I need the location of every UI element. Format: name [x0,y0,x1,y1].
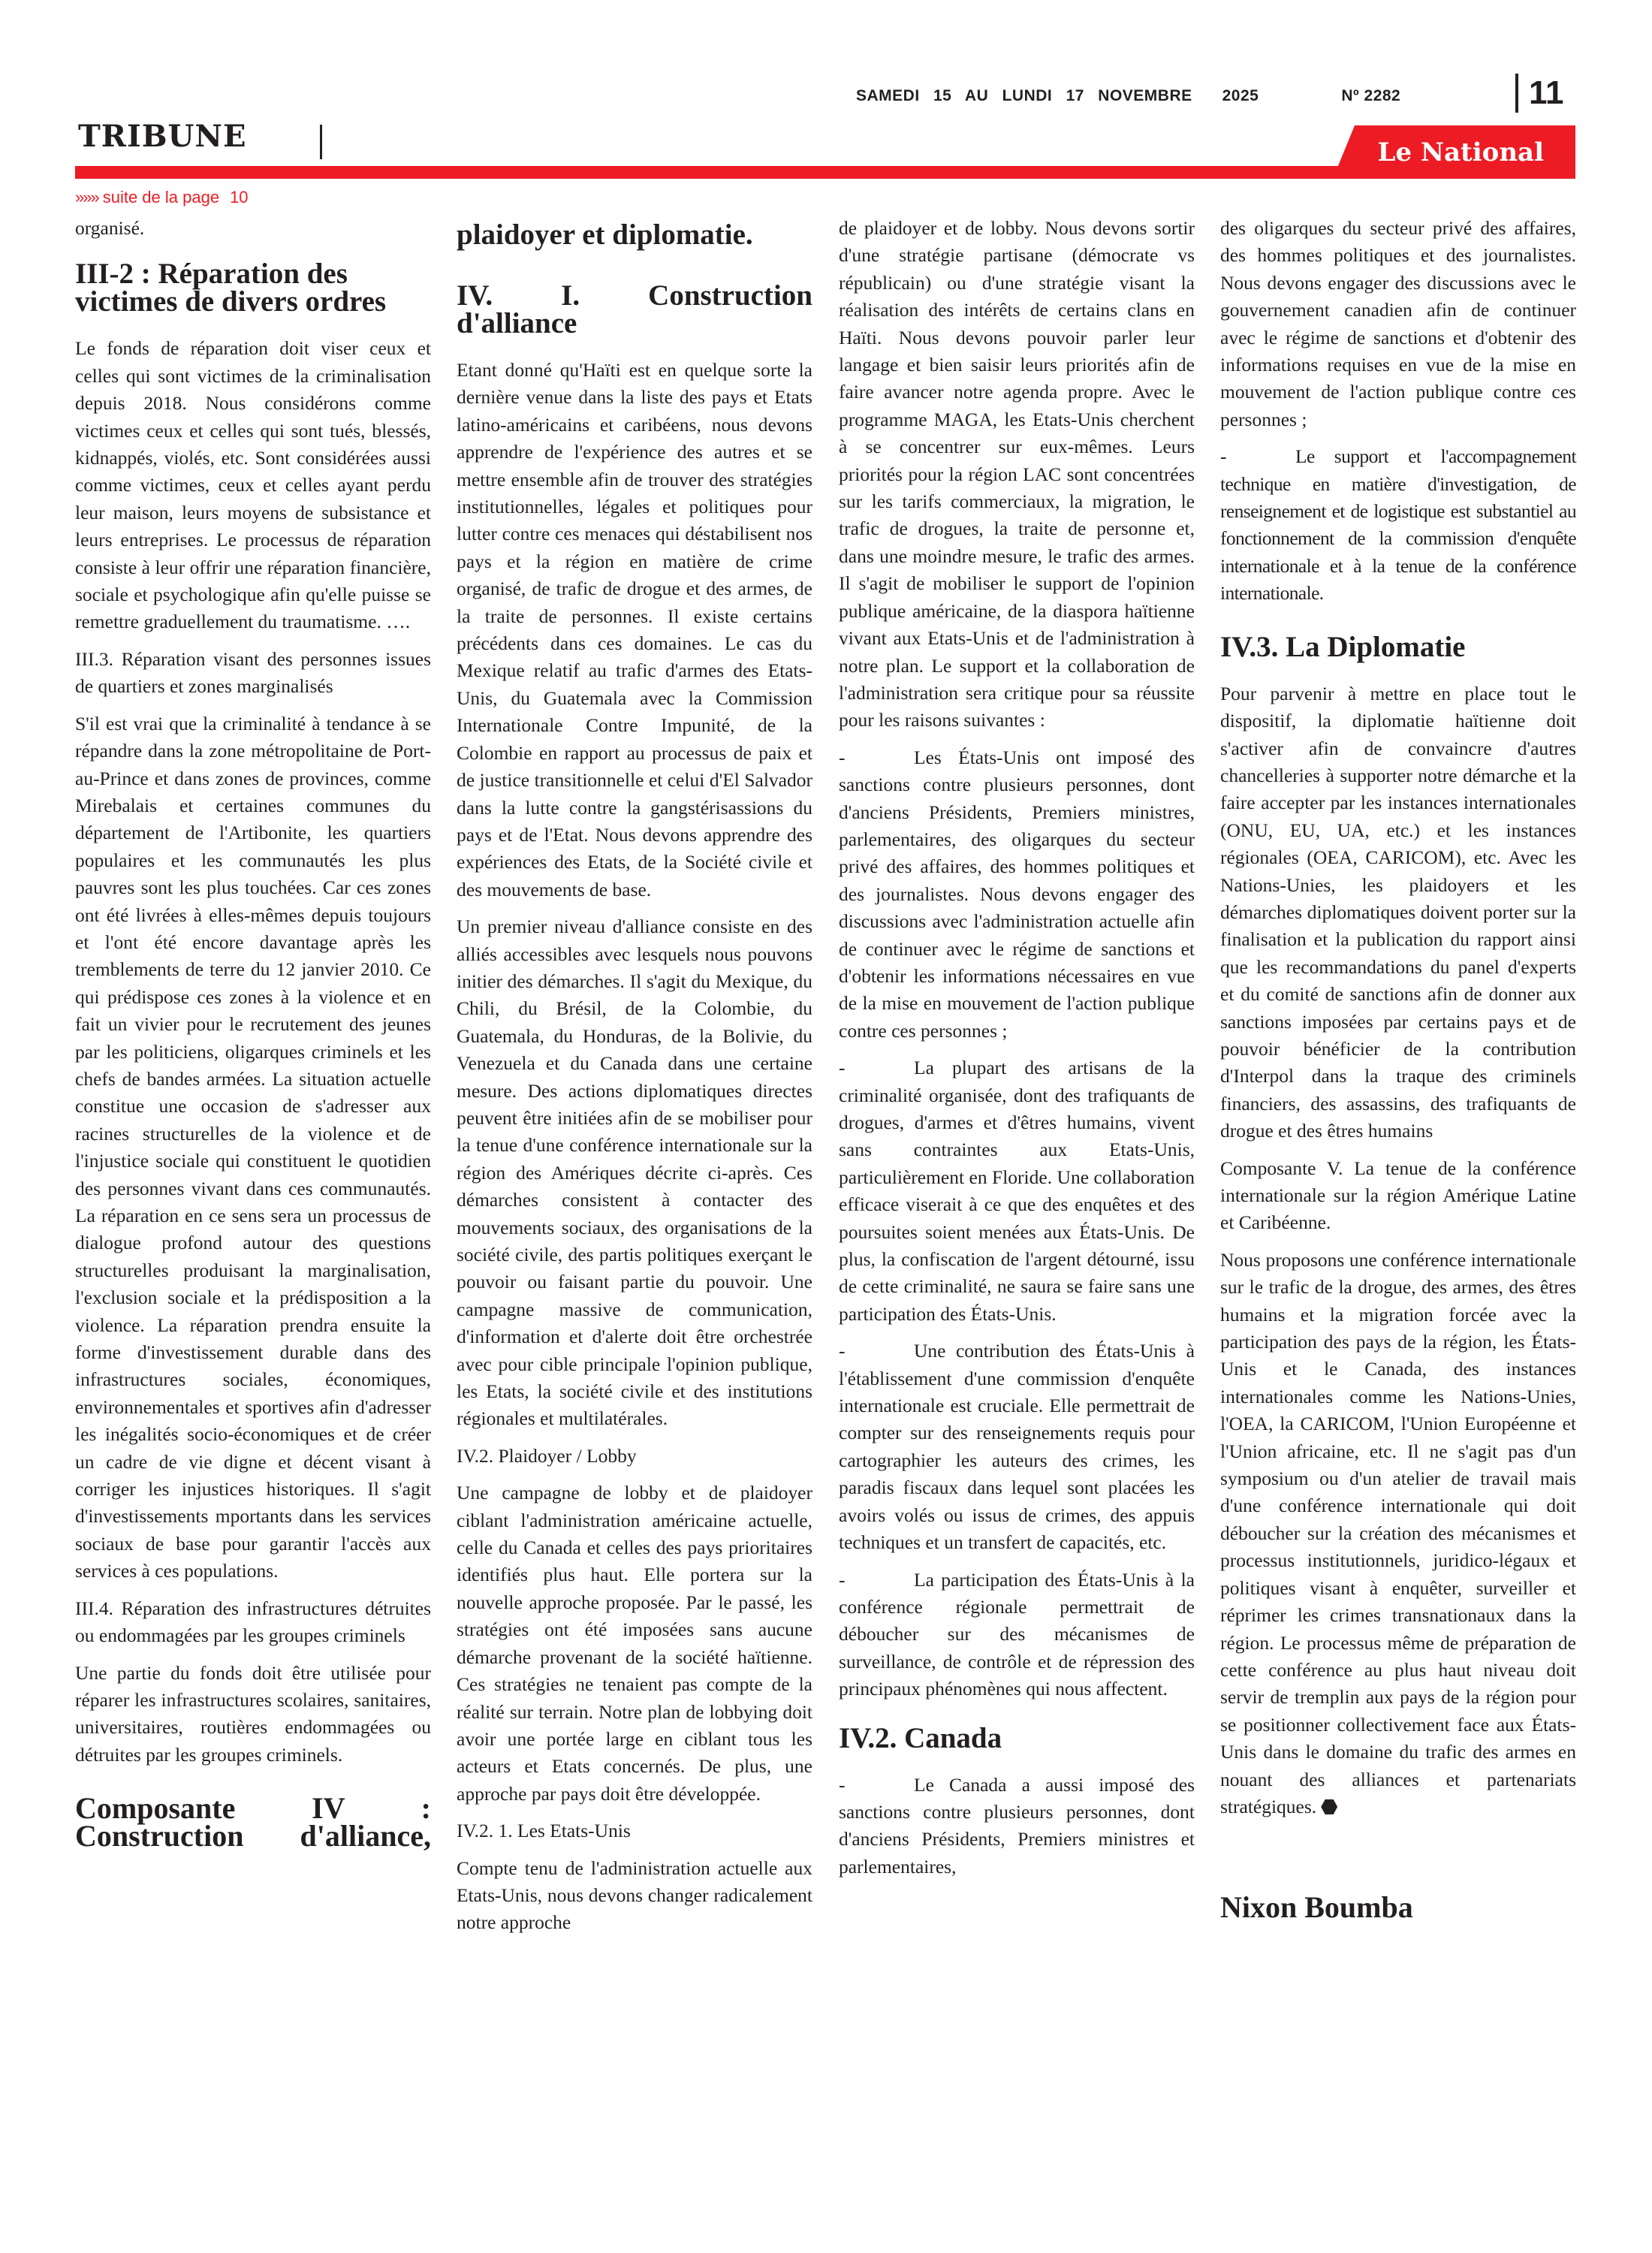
bullet-item: -La plupart des artisans de la criminali… [839,1054,1195,1328]
author-byline: Nixon Boumba [1220,1890,1576,1925]
paragraph: Un premier niveau d'alliance consiste en… [457,913,812,1433]
paragraph: Etant donné qu'Haïti est en quelque sort… [457,357,812,903]
continued-from-link[interactable]: »»»suite de la page10 [75,188,249,207]
section-divider [320,125,322,159]
bullet-dash: - [839,1054,914,1081]
paragraph: Compte tenu de l'administration actuelle… [457,1855,812,1937]
subheading: IV.2. Plaidoyer / Lobby [457,1443,812,1470]
issue-year: 2025 [1222,87,1259,105]
issue-number: Nº 2282 [1341,87,1400,105]
hexagon-end-mark-icon [1321,1799,1337,1814]
bullet-dash: - [839,1567,914,1594]
subheading: III.4. Réparation des infrastructures dé… [75,1595,431,1650]
paragraph: organisé. [75,215,431,242]
newspaper-logo: Le National [1378,137,1544,167]
subheading: Composante V. La tenue de la conférence … [1220,1155,1576,1237]
bullet-dash: - [1220,443,1295,470]
bullet-dash: - [839,1338,914,1365]
bullet-dash: - [839,744,914,771]
section-label: TRIBUNE [78,119,246,154]
paragraph: Pour parvenir à mettre en place tout le … [1220,680,1576,1145]
section-heading-continued: plaidoyer et diplomatie. [457,221,812,249]
bullet-item: -Une contribution des États-Unis à l'éta… [839,1338,1195,1556]
brand-tab: Le National [1333,125,1575,179]
dateline: SAMEDI 15 AU LUNDI 17 NOVEMBRE 2025 Nº 2… [856,81,1400,111]
paragraph: des oligarques du secteur privé des affa… [1220,215,1576,433]
paragraph: de plaidoyer et de lobby. Nous devons so… [839,215,1195,734]
article-column-4: des oligarques du secteur privé des affa… [1220,215,1576,1925]
section-heading: IV. I. Construction d'alliance [457,282,812,337]
bullet-item: -La participation des États-Unis à la co… [839,1567,1195,1703]
paragraph: Une partie du fonds doit être utilisée p… [75,1660,431,1769]
paragraph: Une campagne de lobby et de plaidoyer ci… [457,1479,812,1808]
section-heading: IV.2. Canada [839,1724,1195,1752]
paragraph: S'il est vrai que la criminalité à tenda… [75,710,431,1585]
article-column-3: de plaidoyer et de lobby. Nous devons so… [839,215,1195,1890]
page-number-divider [1515,74,1518,113]
article-column-1: organisé. III-2 : Réparation des victime… [75,215,431,1869]
section-heading: III-2 : Réparation des victimes de diver… [75,260,431,315]
paragraph: Le fonds de réparation doit viser ceux e… [75,335,431,635]
bullet-item: -Le support et l'accompagnement techniqu… [1220,443,1576,607]
page-number: 11 [1529,74,1564,112]
issue-date: SAMEDI 15 AU LUNDI 17 NOVEMBRE [856,87,1192,105]
section-heading: IV.3. La Diplomatie [1220,633,1576,661]
article-column-2: plaidoyer et diplomatie. IV. I. Construc… [457,215,812,1947]
subheading: III.3. Réparation visant des personnes i… [75,646,431,701]
bullet-item: -Les États-Unis ont imposé des sanctions… [839,744,1195,1045]
continued-text: suite de la page [103,188,219,207]
continued-arrows-icon: »»» [75,188,98,207]
subheading: IV.2. 1. Les Etats-Unis [457,1817,812,1844]
bullet-dash: - [839,1772,914,1799]
section-heading: Composante IV : Construction d'alliance, [75,1794,431,1850]
paragraph: Nous proposons une conférence internatio… [1220,1247,1576,1821]
bullet-item: -Le Canada a aussi imposé des sanctions … [839,1772,1195,1881]
continued-page-number: 10 [230,188,248,207]
page-number-block: 11 [1515,72,1564,114]
